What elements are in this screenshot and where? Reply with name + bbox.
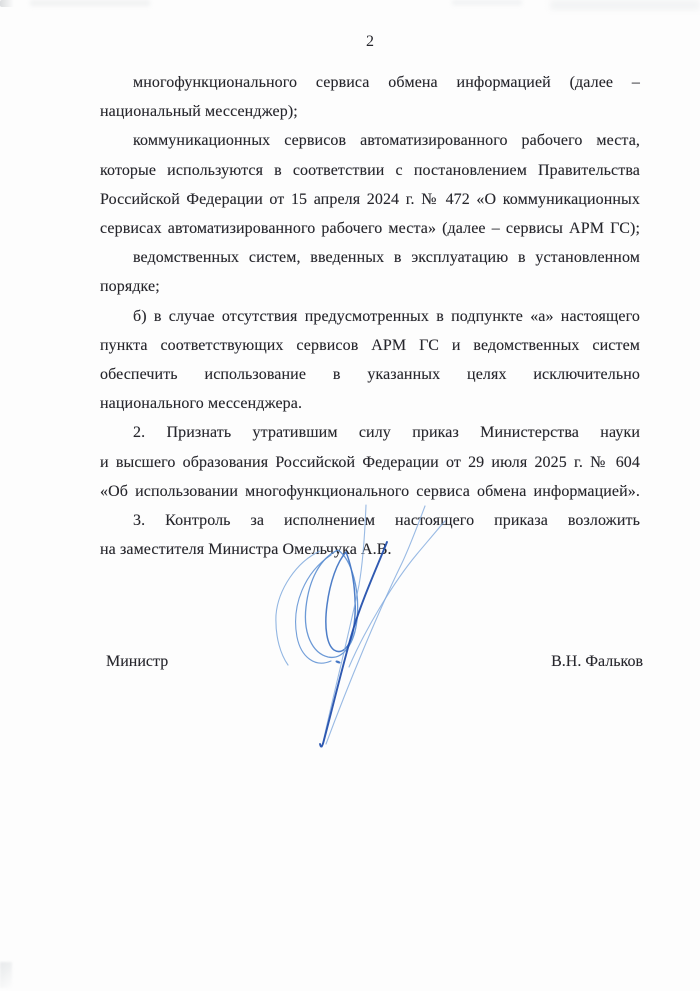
signoff-row: Министр В.Н. Фальков bbox=[106, 653, 643, 671]
minister-title: Министр bbox=[106, 653, 168, 671]
scan-artifact-top-right bbox=[550, 0, 700, 10]
text-line-6: сервисах автоматизированного рабочего ме… bbox=[100, 214, 640, 243]
text-line-1: многофункционального сервиса обмена инфо… bbox=[100, 68, 640, 97]
text-line-5: Российской Федерации от 15 апреля 2024 г… bbox=[100, 185, 640, 214]
text-line-12: национального мессенджера. bbox=[100, 389, 640, 418]
scan-artifact-top-left-smudge bbox=[30, 0, 150, 6]
text-line-8: порядке; bbox=[100, 272, 640, 301]
text-line-14: и высшего образования Российской Федерац… bbox=[100, 448, 640, 477]
text-line-16: 3. Контроль за исполнением настоящего пр… bbox=[100, 506, 640, 535]
page-number: 2 bbox=[100, 33, 640, 51]
text-line-11: обеспечить использование в указанных цел… bbox=[100, 360, 640, 389]
text-line-3: коммуникационных сервисов автоматизирова… bbox=[100, 126, 640, 155]
signature-stroke bbox=[320, 542, 387, 747]
text-line-2: национальный мессенджер); bbox=[100, 97, 640, 126]
text-line-7: ведомственных систем, введенных в эксплу… bbox=[100, 243, 640, 272]
text-line-13: 2. Признать утратившим силу приказ Минис… bbox=[100, 418, 640, 447]
scan-artifact-top-center bbox=[452, 0, 522, 5]
signer-name: В.Н. Фальков bbox=[551, 653, 643, 671]
signature-stroke bbox=[276, 551, 320, 665]
scan-artifact-top-left bbox=[0, 0, 14, 7]
text-line-9: б) в случае отсутствия предусмотренных в… bbox=[100, 302, 640, 331]
text-line-4: которые используются в соответствии с по… bbox=[100, 156, 640, 185]
text-line-10: пункта соответствующих сервисов АРМ ГС и… bbox=[100, 331, 640, 360]
signature-stroke bbox=[296, 555, 331, 663]
signature-stroke bbox=[305, 550, 357, 657]
scan-artifact-bottom-left bbox=[0, 962, 12, 988]
signature-stroke bbox=[326, 552, 355, 651]
document-page: 2 многофункционального сервиса обмена ин… bbox=[0, 0, 700, 991]
text-line-15: «Об использовании многофункционального с… bbox=[100, 477, 640, 506]
text-line-17: на заместителя Министра Омельчука А.В. bbox=[100, 535, 640, 564]
document-body: многофункционального сервиса обмена инфо… bbox=[100, 68, 640, 564]
